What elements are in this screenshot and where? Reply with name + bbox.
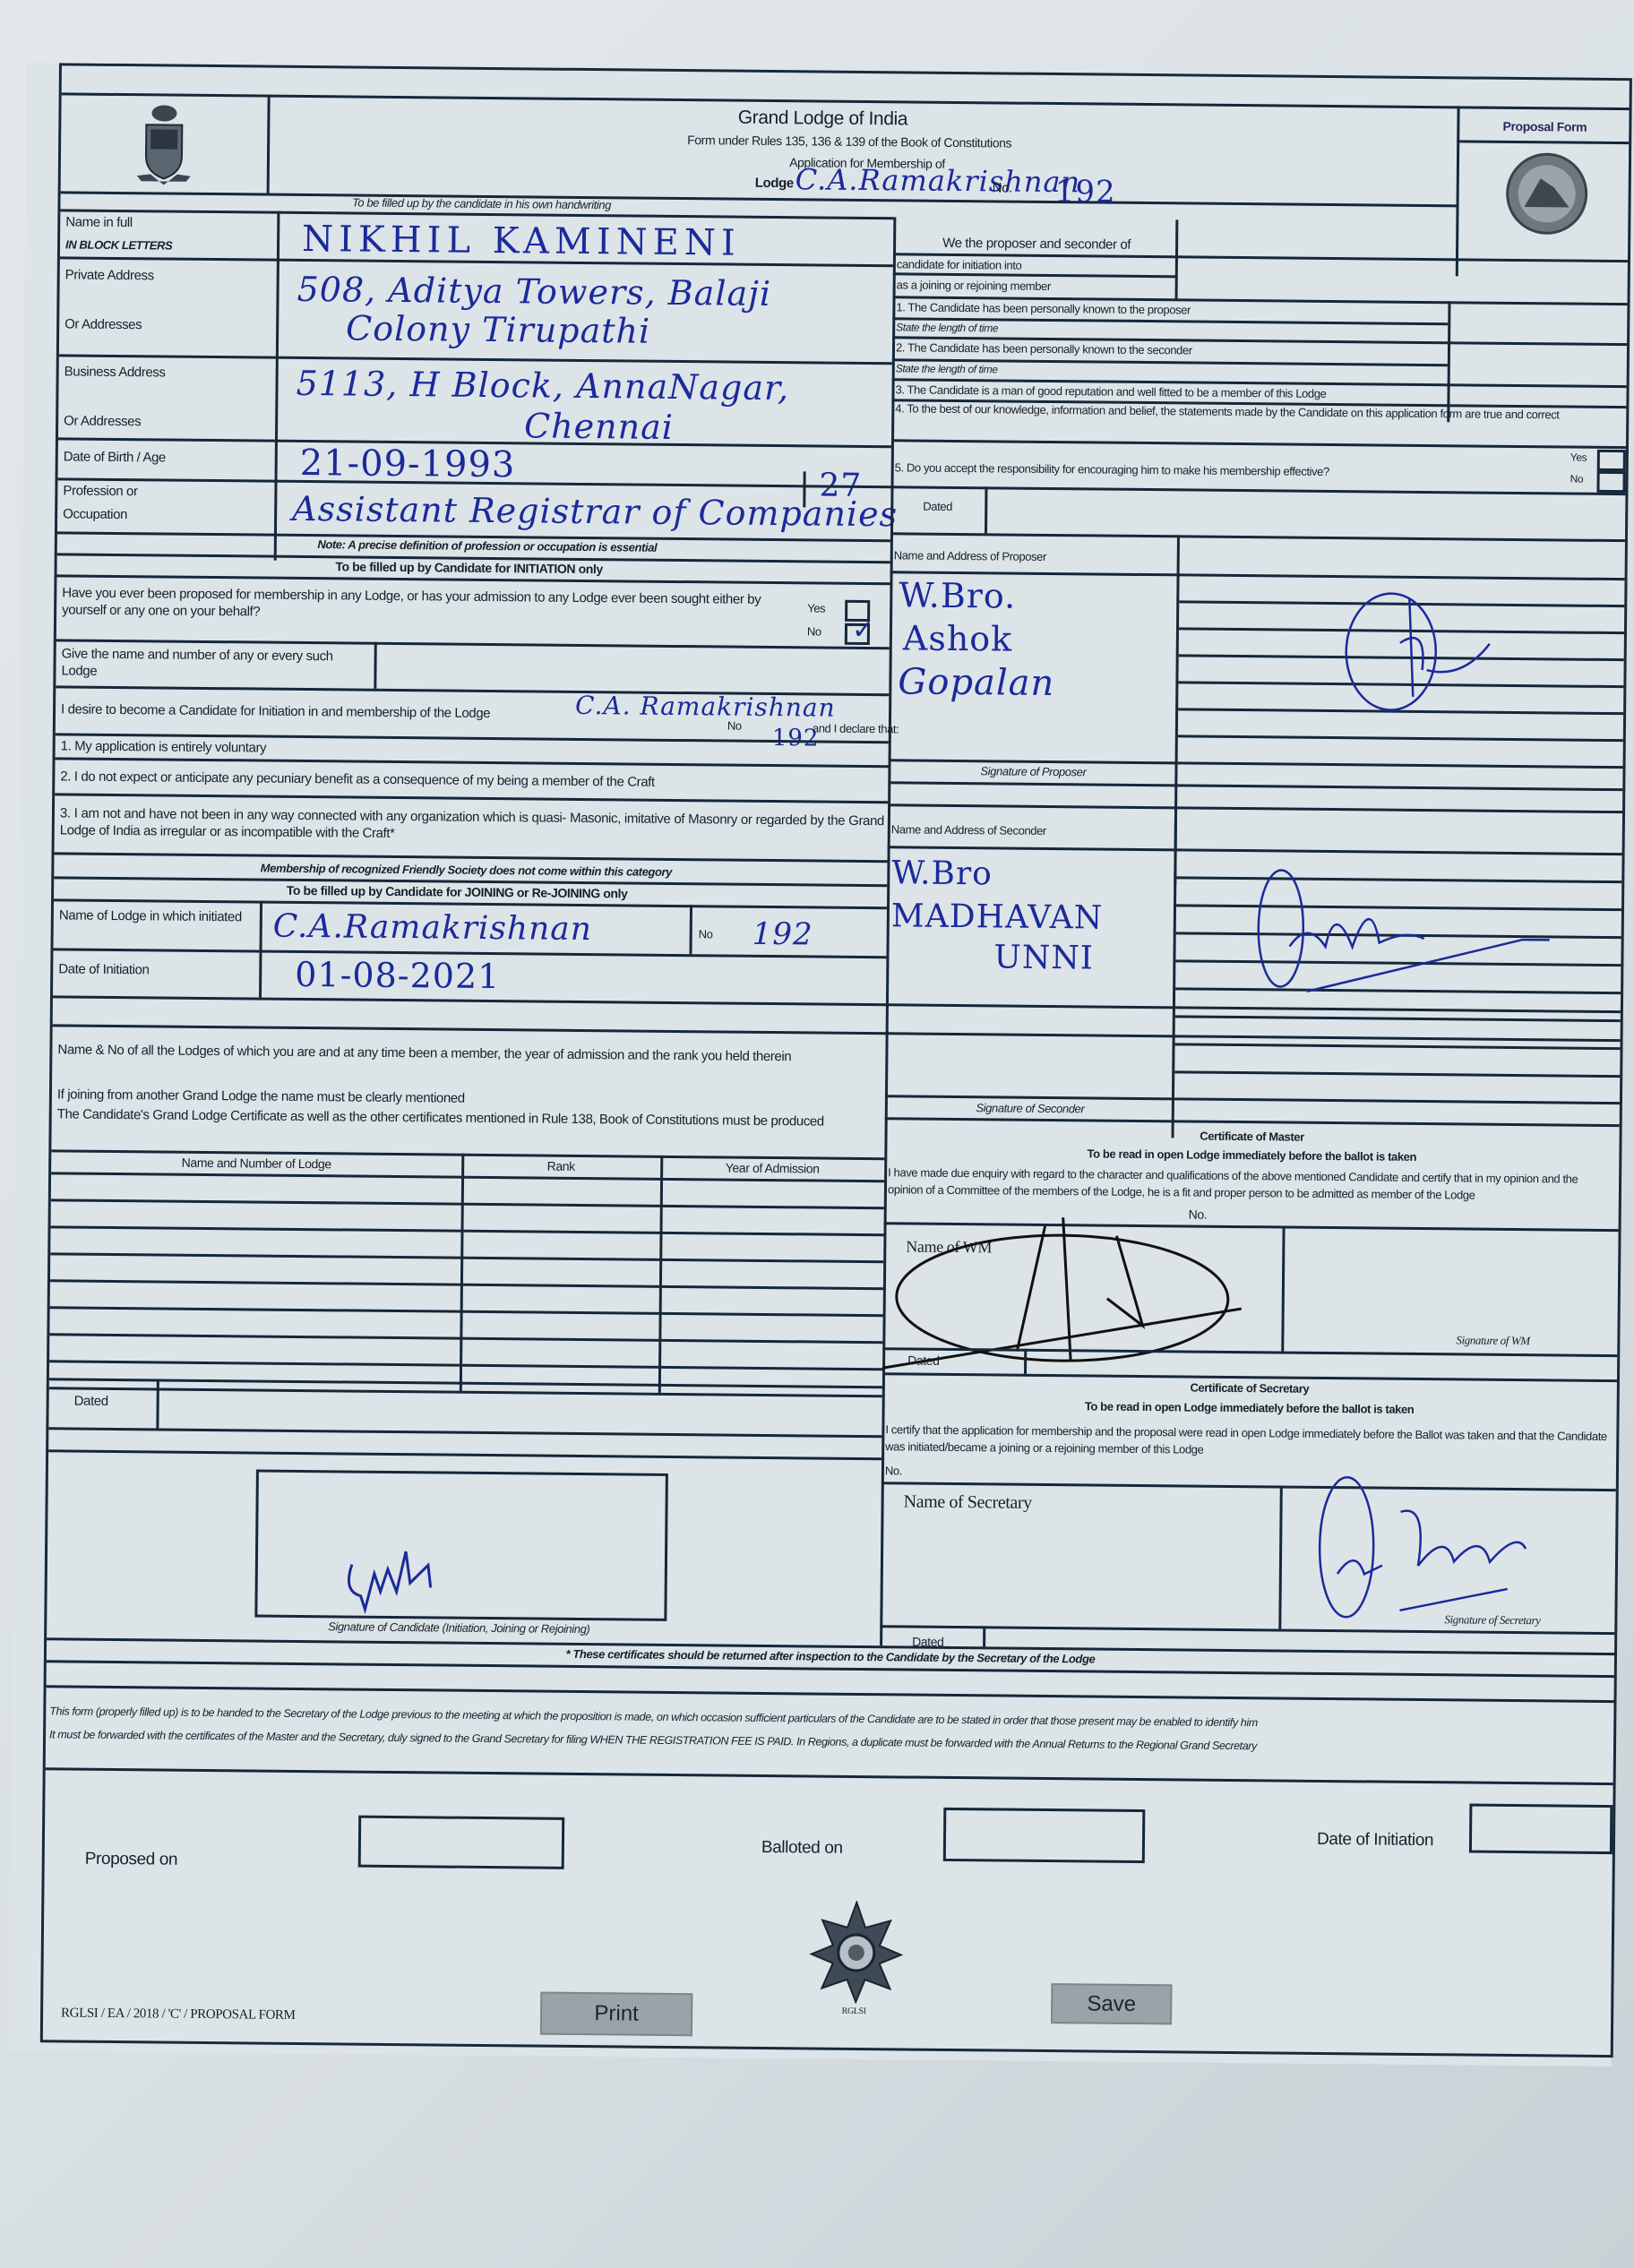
secretary-signature bbox=[1310, 1475, 1598, 1621]
joining-member-label: as a joining or rejoining member bbox=[897, 278, 1051, 294]
membership-intro: Name & No of all the Lodges of which you… bbox=[57, 1042, 881, 1067]
secretary-dated-label: Dated bbox=[912, 1635, 944, 1651]
star-emblem-icon bbox=[809, 1900, 904, 2004]
statement-5-yes-checkbox[interactable] bbox=[1597, 450, 1626, 471]
candidate-initiation-into: candidate for initiation into bbox=[897, 257, 1022, 273]
proposer-label: Name and Address of Proposer bbox=[894, 548, 1046, 564]
statement-5-yes-label: Yes bbox=[1570, 451, 1587, 465]
logo-caption: RGLSI bbox=[813, 2006, 894, 2018]
lodge-history-table: Name and Number of LodgeRankYear of Admi… bbox=[49, 1149, 884, 1363]
proposed-on-field[interactable] bbox=[358, 1816, 565, 1869]
secretary-cert-body: I certify that the application for membe… bbox=[885, 1422, 1612, 1462]
header-lodge-value[interactable]: C.A.Ramakrishnan bbox=[795, 162, 1081, 199]
date-initiation-footer-field[interactable] bbox=[1469, 1804, 1613, 1855]
private-address-label: Private Address bbox=[65, 267, 154, 285]
candidate-dated-field[interactable] bbox=[161, 1384, 878, 1431]
master-cert-title: Certificate of Master bbox=[888, 1126, 1615, 1147]
joining-heading: To be filled up by Candidate for JOINING… bbox=[233, 882, 681, 902]
table-cell[interactable] bbox=[662, 1343, 879, 1366]
declaration-1: 1. My application is entirely voluntary bbox=[61, 738, 267, 757]
statement-5-no-label: No bbox=[1570, 473, 1584, 486]
seconder-signature bbox=[1253, 865, 1612, 1003]
secretary-no-label: No. bbox=[885, 1464, 902, 1478]
table-cell[interactable] bbox=[464, 1287, 656, 1310]
profession-note: Note: A precise definition of profession… bbox=[272, 537, 702, 556]
lodge-label: Lodge bbox=[755, 176, 794, 193]
table-cell[interactable] bbox=[465, 1207, 657, 1230]
statement-5-no-checkbox[interactable] bbox=[1596, 471, 1625, 493]
table-cell[interactable] bbox=[53, 1310, 456, 1335]
org-title: Grand Lodge of India bbox=[688, 106, 957, 132]
column-header: Rank bbox=[461, 1158, 660, 1176]
give-name-label: Give the name and number of any or every… bbox=[61, 646, 365, 683]
candidate-signature bbox=[342, 1546, 477, 1619]
form-code: RGLSI / EA / 2018 / 'C' / PROPOSAL FORM bbox=[61, 2005, 296, 2023]
business-or-addresses-label: Or Addresses bbox=[64, 413, 141, 431]
coat-of-arms-icon bbox=[133, 102, 196, 188]
paper-sheet: Grand Lodge of India Form under Rules 13… bbox=[8, 63, 1630, 2066]
print-button[interactable]: Print bbox=[540, 1992, 692, 2037]
table-cell[interactable] bbox=[463, 1314, 655, 1337]
table-cell[interactable] bbox=[54, 1229, 457, 1254]
private-address-line1[interactable]: 508, Aditya Towers, Balaji bbox=[297, 270, 771, 314]
wm-signature-caption: Signature of WM bbox=[1456, 1333, 1529, 1348]
initiation-heading: To be filled up by Candidate for INITIAT… bbox=[281, 559, 658, 579]
header-no-label: No. bbox=[993, 180, 1012, 197]
table-cell[interactable] bbox=[662, 1316, 879, 1339]
form-type-label: Proposal Form bbox=[1460, 118, 1629, 135]
profession-label: Profession or bbox=[63, 483, 137, 501]
give-name-field[interactable] bbox=[378, 646, 790, 689]
proposer-dated-field[interactable] bbox=[989, 490, 1621, 536]
proposer-intro: We the proposer and seconder of bbox=[902, 235, 1171, 254]
business-address-line2[interactable]: Chennai bbox=[524, 406, 674, 447]
declaration-2: 2. I do not expect or anticipate any pec… bbox=[60, 769, 655, 791]
secretary-cert-subtitle: To be read in open Lodge immediately bef… bbox=[886, 1397, 1613, 1419]
dob-label: Date of Birth / Age bbox=[64, 449, 166, 467]
name-label: Name in full bbox=[65, 214, 133, 231]
table-cell[interactable] bbox=[663, 1262, 880, 1285]
seconder-name-line1[interactable]: W.Bro bbox=[891, 855, 993, 892]
table-cell[interactable] bbox=[465, 1180, 657, 1203]
proposed-on-label: Proposed on bbox=[85, 1849, 178, 1871]
desire-lodge-field[interactable]: C.A. Ramakrishnan bbox=[575, 691, 836, 723]
table-cell[interactable] bbox=[55, 1175, 458, 1200]
table-cell[interactable] bbox=[664, 1181, 881, 1205]
date-of-initiation-label: Date of Initiation bbox=[58, 961, 149, 979]
initiation-question: Have you ever been proposed for membersh… bbox=[62, 585, 787, 625]
table-cell[interactable] bbox=[55, 1202, 458, 1227]
table-cell[interactable] bbox=[464, 1233, 656, 1257]
check-mark-icon: ✓ bbox=[852, 614, 874, 646]
initiation-yes-label: Yes bbox=[807, 601, 825, 615]
proposer-dated-label: Dated bbox=[923, 500, 952, 515]
business-address-line1[interactable]: 5113, H Block, AnnaNagar, bbox=[296, 364, 789, 408]
statement-5: 5. Do you accept the responsibility for … bbox=[895, 460, 1329, 479]
table-cell[interactable] bbox=[464, 1260, 656, 1284]
joining-no-label: No bbox=[699, 927, 713, 941]
block-letters-label: IN BLOCK LETTERS bbox=[65, 237, 172, 253]
date-initiation-footer-label: Date of Initiation bbox=[1317, 1829, 1433, 1851]
save-button[interactable]: Save bbox=[1051, 1983, 1172, 2024]
table-cell[interactable] bbox=[53, 1336, 456, 1362]
desire-text: I desire to become a Candidate for Initi… bbox=[61, 701, 490, 722]
proposer-name-line3[interactable]: Gopalan bbox=[898, 661, 1054, 704]
certificate-note: The Candidate's Grand Lodge Certificate … bbox=[57, 1106, 881, 1131]
friendly-society-note: Membership of recognized Friendly Societ… bbox=[215, 861, 717, 881]
statement-1: 1. The Candidate has been personally kno… bbox=[896, 300, 1191, 317]
balloted-on-field[interactable] bbox=[943, 1808, 1146, 1863]
table-cell[interactable] bbox=[463, 1341, 655, 1364]
rules-line: Form under Rules 135, 136 & 139 of the B… bbox=[643, 133, 1055, 152]
length-of-time-1: State the length of time bbox=[896, 321, 998, 335]
proposal-form: Grand Lodge of India Form under Rules 13… bbox=[40, 63, 1632, 2058]
secretary-signature-caption: Signature of Secretary bbox=[1444, 1612, 1540, 1628]
seconder-name-line3[interactable]: UNNI bbox=[993, 939, 1094, 976]
table-cell[interactable] bbox=[54, 1256, 457, 1281]
proposer-name-line1[interactable]: W.Bro. bbox=[899, 575, 1016, 615]
balloted-on-label: Balloted on bbox=[761, 1837, 843, 1860]
seconder-signature-caption: Signature of Seconder bbox=[889, 1100, 1172, 1117]
candidate-handwriting-note: To be filled up by the candidate in his … bbox=[284, 195, 678, 213]
column-header: Year of Admission bbox=[660, 1160, 884, 1178]
desire-no-label: No bbox=[727, 719, 742, 734]
seconder-label: Name and Address of Seconder bbox=[891, 822, 1046, 838]
declaration-3: 3. I am not and have not been in any way… bbox=[60, 805, 884, 846]
candidate-name-field[interactable]: NIKHIL KAMINENI bbox=[302, 219, 741, 264]
table-cell[interactable] bbox=[663, 1235, 880, 1259]
master-cert-subtitle: To be read in open Lodge immediately bef… bbox=[888, 1145, 1615, 1166]
table-cell[interactable] bbox=[664, 1208, 881, 1232]
column-header: Name and Number of Lodge bbox=[51, 1154, 461, 1173]
joining-no-field[interactable]: 192 bbox=[752, 916, 813, 953]
joining-lodge-field[interactable]: C.A.Ramakrishnan bbox=[273, 908, 593, 948]
date-of-initiation-field[interactable]: 01-08-2021 bbox=[295, 955, 501, 996]
private-or-addresses-label: Or Addresses bbox=[64, 316, 142, 334]
proposer-signature-caption: Signature of Proposer bbox=[891, 763, 1174, 780]
grand-lodge-seal-icon bbox=[1504, 151, 1590, 237]
secretary-name-label: Name of Secretary bbox=[903, 1491, 1031, 1514]
declare-text: and I declare that: bbox=[813, 721, 899, 736]
initiation-no-label: No bbox=[807, 624, 821, 639]
profession-field[interactable]: Assistant Registrar of Companies bbox=[292, 489, 898, 534]
table-cell[interactable] bbox=[54, 1283, 457, 1308]
private-address-line2[interactable]: Colony Tirupathi bbox=[346, 308, 650, 350]
proposer-signature bbox=[1337, 588, 1552, 716]
seconder-name-line2[interactable]: MADHAVAN bbox=[891, 898, 1104, 936]
dob-field[interactable]: 21-09-1993 bbox=[300, 442, 516, 485]
instructions-line2: It must be forwarded with the certificat… bbox=[49, 1728, 1612, 1757]
length-of-time-2: State the length of time bbox=[896, 362, 998, 376]
table-cell[interactable] bbox=[663, 1289, 880, 1312]
business-address-label: Business Address bbox=[64, 364, 166, 382]
joining-lodge-label: Name of Lodge in which initiated bbox=[59, 907, 256, 926]
header-no-value[interactable]: 192 bbox=[1054, 174, 1115, 210]
proposer-name-line2[interactable]: Ashok bbox=[903, 618, 1013, 658]
candidate-signature-caption: Signature of Candidate (Initiation, Join… bbox=[253, 1619, 665, 1638]
grand-lodge-joining-note: If joining from another Grand Lodge the … bbox=[57, 1087, 465, 1107]
occupation-label: Occupation bbox=[63, 506, 127, 523]
candidate-dated-label: Dated bbox=[74, 1394, 108, 1411]
statement-2: 2. The Candidate has been personally kno… bbox=[896, 340, 1192, 357]
master-dated-label: Dated bbox=[907, 1353, 940, 1370]
